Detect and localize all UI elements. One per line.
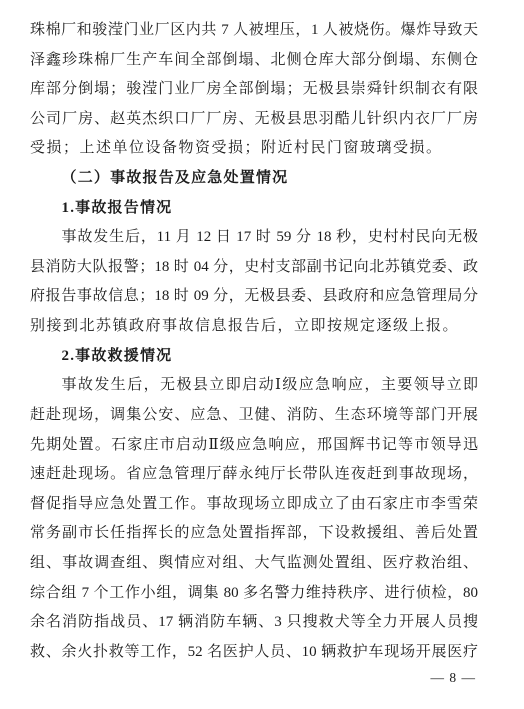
text-line: 县消防大队报警；18 时 04 分，史村支部副书记向北苏镇党委、政 [30,253,478,283]
text-line: 库部分倒塌；骏滢门业厂房全部倒塌；无极县崇舜针织制衣有限 [30,75,478,105]
text-line: 府报告事故信息；18 时 09 分，无极县委、县政府和应急管理局分 [30,282,478,312]
text-line: 组、事故调查组、舆情应对组、大气监测处置组、医疗救治组、 [30,549,478,579]
text-line: 受损；上述单位设备物资受损；附近村民门窗玻璃受损。 [30,134,478,164]
text-line: 先期处置。石家庄市启动Ⅱ级应急响应，邢国辉书记等市领导迅 [30,431,478,461]
text-line: 珠棉厂和骏滢门业厂区内共 7 人被埋压，1 人被烧伤。爆炸导致天 [30,16,478,46]
section-heading-line: 2.事故救援情况 [30,342,478,372]
text-line: 赶赴现场，调集公安、应急、卫健、消防、生态环境等部门开展 [30,401,478,431]
text-line: 督促指导应急处置工作。事故现场立即成立了由石家庄市李雪荣 [30,490,478,520]
text-line: 余名消防指战员、17 辆消防车辆、3 只搜救犬等全力开展人员搜 [30,608,478,638]
text-line: 泽鑫珍珠棉厂生产车间全部倒塌、北侧仓库大部分倒塌、东侧仓 [30,46,478,76]
text-line: 常务副市长任指挥长的应急处置指挥部，下设救援组、善后处置 [30,519,478,549]
text-line: 综合组 7 个工作小组，调集 80 多名警力维持秩序、进行侦检，80 [30,579,478,609]
section-heading-line: （二）事故报告及应急处置情况 [30,164,478,194]
text-line: 救、余火扑救等工作，52 名医护人员、10 辆救护车现场开展医疗 [30,638,478,668]
text-line: 公司厂房、赵英杰织口厂厂房、无极县思羽酷儿针织内衣厂厂房 [30,105,478,135]
text-line: 事故发生后，11 月 12 日 17 时 59 分 18 秒，史村村民向无极 [30,223,478,253]
document-body: 珠棉厂和骏滢门业厂区内共 7 人被埋压，1 人被烧伤。爆炸导致天泽鑫珍珠棉厂生产… [30,16,478,667]
page-number: — 8 — [431,668,477,688]
text-line: 事故发生后，无极县立即启动Ⅰ级应急响应，主要领导立即 [30,371,478,401]
text-line: 速赶赴现场。省应急管理厅薛永纯厅长带队连夜赶到事故现场， [30,460,478,490]
text-line: 别接到北苏镇政府事故信息报告后，立即按规定逐级上报。 [30,312,478,342]
section-heading-line: 1.事故报告情况 [30,194,478,224]
document-page: 珠棉厂和骏滢门业厂区内共 7 人被埋压，1 人被烧伤。爆炸导致天泽鑫珍珠棉厂生产… [0,0,524,709]
